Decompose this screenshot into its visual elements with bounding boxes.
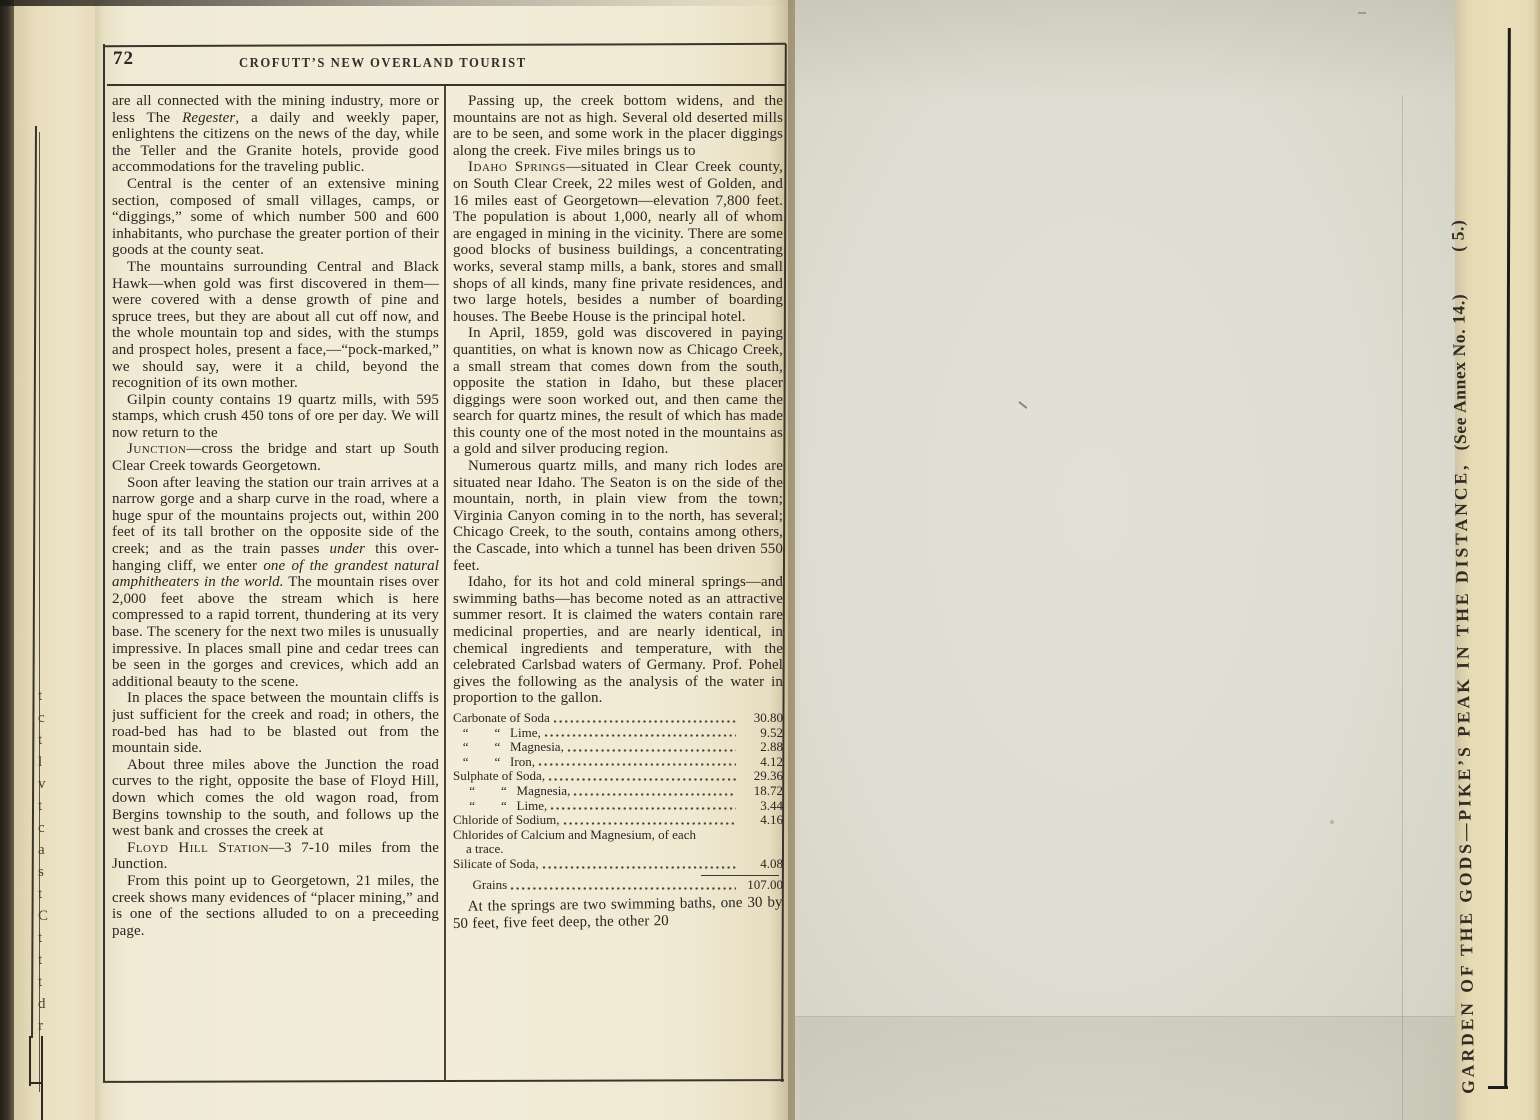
table-row-value: 18.72 <box>739 784 783 799</box>
dot-leader <box>553 719 736 724</box>
plate-bottom-shade <box>795 1016 1455 1120</box>
dot-leader <box>538 762 736 767</box>
paragraph: Soon after leaving the station our train… <box>112 475 439 691</box>
dot-leader <box>567 748 736 753</box>
cut-off-letter: C <box>38 908 49 925</box>
table-row-value: 9.52 <box>739 726 783 741</box>
paragraph: The mountains surrounding Central and Bl… <box>112 259 439 392</box>
table-row-label: Sulphate of Soda, <box>453 769 545 784</box>
cut-off-letter: a <box>38 842 49 859</box>
right-text-column: Passing up, the creek bottom widens, and… <box>453 93 783 1081</box>
dot-leader <box>550 806 736 811</box>
table-row-value: 4.12 <box>739 755 783 770</box>
table-row-label: “ “ Magnesia, <box>453 740 564 755</box>
table-row: “ “ Magnesia,2.88 <box>453 740 783 755</box>
cut-off-letter: c <box>38 710 49 727</box>
dot-leader <box>563 821 736 826</box>
table-row: “ “ Lime,3.44 <box>453 799 783 814</box>
cut-off-letter: r <box>38 1018 49 1035</box>
dot-leader <box>510 886 736 891</box>
paragraph: Passing up, the creek bottom widens, and… <box>453 93 783 159</box>
table-row: Sulphate of Soda,29.36 <box>453 769 783 784</box>
plate-top-shade <box>795 0 1455 100</box>
cut-off-letter: t <box>38 732 49 749</box>
table-row-label: Silicate of Soda, <box>453 857 539 872</box>
caption-annex-ref: (See Annex No. 14.) <box>1448 294 1471 451</box>
paragraph: Idaho Springs—situated in Clear Creek co… <box>453 159 783 325</box>
dot-leader <box>548 777 736 782</box>
dot-leader <box>542 865 736 870</box>
paragraph: About three miles above the Junction the… <box>112 757 439 840</box>
frame-left-rule <box>103 44 105 1082</box>
blank-plate-area <box>800 0 1455 1120</box>
cut-off-letter: d <box>38 996 49 1013</box>
table-row: Silicate of Soda,4.08 <box>453 857 783 872</box>
underpage-corner-line <box>29 1036 31 1086</box>
paragraph: are all connected with the mining indust… <box>112 93 439 176</box>
header-bottom-rule <box>107 84 785 86</box>
table-row-label: “ “ Magnesia, <box>453 784 570 799</box>
table-row: “ “ Lime,9.52 <box>453 726 783 741</box>
right-page: GARDEN OF THE GODS—PIKE’S PEAK IN THE DI… <box>795 0 1540 1120</box>
cut-off-letter: t <box>38 974 49 991</box>
column-divider-rule <box>444 86 446 1081</box>
cut-off-letter: t <box>38 688 49 705</box>
paragraph: Gilpin county contains 19 quartz mills, … <box>112 392 439 442</box>
book-spine-edge <box>0 0 14 1120</box>
dot-leader <box>573 792 736 797</box>
water-analysis-table: Carbonate of Soda30.80 “ “ Lime,9.52 “ “… <box>453 711 783 893</box>
underpage-corner-line <box>41 1036 43 1120</box>
page-number: 72 <box>113 48 134 70</box>
table-total-label: Grains <box>453 878 507 893</box>
paragraph: Junction—cross the bridge and start up S… <box>112 441 439 474</box>
table-note-line: Chlorides of Calcium and Magnesium, of e… <box>453 828 783 843</box>
table-row-value: 4.08 <box>739 857 783 872</box>
table-row-label: “ “ Lime, <box>453 726 541 741</box>
paragraph: In places the space between the mountain… <box>112 690 439 756</box>
table-row: Carbonate of Soda30.80 <box>453 711 783 726</box>
cut-off-letter: v <box>38 776 49 793</box>
cut-off-letter: t <box>38 798 49 815</box>
table-total-row: Grains107.00 <box>453 878 783 893</box>
right-page-outer-edge <box>1533 0 1540 1120</box>
running-title: CROFUTT’S NEW OVERLAND TOURIST <box>239 55 527 71</box>
table-row-value: 30.80 <box>739 711 783 726</box>
table-total-value: 107.00 <box>739 878 783 893</box>
paragraph: Numerous quartz mills, and many rich lod… <box>453 458 783 574</box>
table-row: Chloride of Sodium,4.16 <box>453 813 783 828</box>
paragraph: Floyd Hill Station—3 7-10 miles from the… <box>112 840 439 873</box>
cut-off-letter: l <box>38 754 49 771</box>
paragraph: From this point up to Georgetown, 21 mil… <box>112 873 439 939</box>
paper-speck <box>1330 820 1334 824</box>
cut-off-letter: c <box>38 820 49 837</box>
cut-off-letter: t <box>38 930 49 947</box>
table-row-value: 4.16 <box>739 813 783 828</box>
table-row: “ “ Magnesia,18.72 <box>453 784 783 799</box>
cut-off-letter: s <box>38 864 49 881</box>
table-row-value: 2.88 <box>739 740 783 755</box>
underlying-page-edge <box>14 0 95 1120</box>
paragraph: Central is the center of an extensive mi… <box>112 176 439 259</box>
table-row-label: “ “ Lime, <box>453 799 547 814</box>
paragraph: In April, 1859, gold was discovered in p… <box>453 325 783 458</box>
underpage-corner-line <box>29 1082 43 1084</box>
paragraph: At the springs are two swimming baths, o… <box>453 894 783 932</box>
page-crease-line <box>1402 95 1403 1120</box>
paper-speck <box>1358 12 1366 14</box>
book-spread: tctlvtcastCtttdr 72 CROFUTT’S NEW OVERLA… <box>0 0 1540 1120</box>
caption-page-ref: ( 5.) <box>1447 219 1468 251</box>
dot-leader <box>544 733 736 738</box>
cut-off-text-fragments: tctlvtcastCtttdr <box>38 688 49 1048</box>
table-row-value: 29.36 <box>739 769 783 784</box>
table-row-label: Chloride of Sodium, <box>453 813 560 828</box>
left-text-column: are all connected with the mining indust… <box>112 93 439 1081</box>
cut-off-letter: t <box>38 952 49 969</box>
table-total-rule <box>701 875 779 877</box>
paragraph: Idaho, for its hot and cold mineral spri… <box>453 574 783 707</box>
cut-off-letter: t <box>38 886 49 903</box>
table-row-label: “ “ Iron, <box>453 755 535 770</box>
right-frame-corner <box>1488 1086 1508 1089</box>
table-note-line: a trace. <box>453 842 783 857</box>
table-row-value: 3.44 <box>739 799 783 814</box>
book-top-edge-shadow <box>0 0 795 6</box>
table-row: “ “ Iron,4.12 <box>453 755 783 770</box>
table-row-label: Carbonate of Soda <box>453 711 550 726</box>
